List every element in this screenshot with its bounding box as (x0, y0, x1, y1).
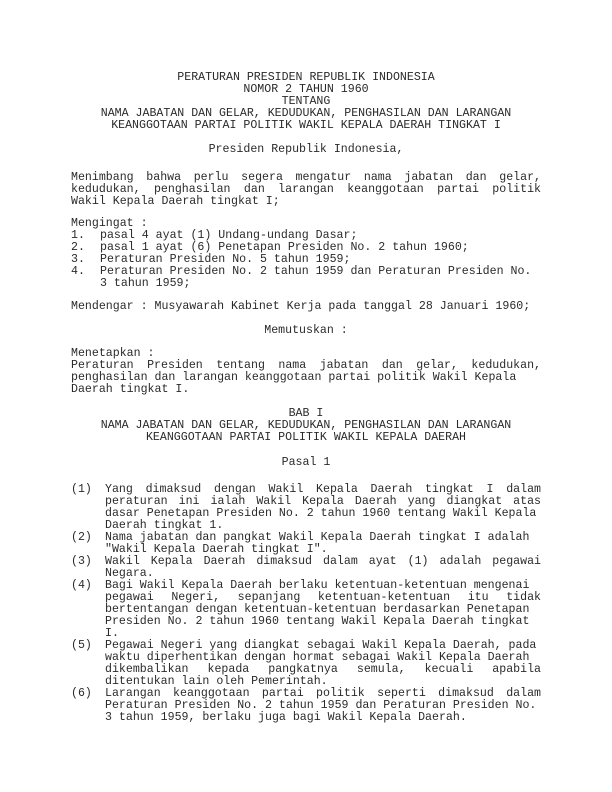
list-number: 4. (71, 266, 85, 278)
bab-heading: BAB I NAMA JABATAN DAN GELAR, KEDUDUKAN,… (71, 408, 541, 444)
mendengar-line: Mendengar : Musyawarah Kabinet Kerja pad… (71, 301, 541, 313)
menimbang-paragraph: Menimbang bahwa perlu segera mengatur na… (71, 172, 541, 208)
clause-number: (3) (71, 556, 92, 568)
clause-line: 3 tahun 1959, berlaku juga bagi Wakil Ke… (105, 712, 541, 724)
list-item-line: 3 tahun 1959; (100, 278, 541, 290)
menetapkan-section: Menetapkan : Peraturan Presiden tentang … (71, 348, 541, 396)
clause-line: Wakil Kepala Daerah dimaksud dalam ayat … (105, 556, 541, 568)
memutuskan-line: Memutuskan : (71, 325, 541, 337)
doc-subject-line-2: KEANGGOTAAN PARTAI POLITIK WAKIL KEPALA … (71, 120, 541, 132)
clause-item-4: (4) Bagi Wakil Kepala Daerah berlaku ket… (71, 580, 541, 640)
pasal-heading: Pasal 1 (71, 457, 541, 469)
clause-item-6: (6) Larangan keanggotaan partai politik … (71, 688, 541, 724)
mengingat-section: Mengingat : 1. pasal 4 ayat (1) Undang-u… (71, 218, 541, 290)
bab-title-line-2: KEANGGOTAAN PARTAI POLITIK WAKIL KEPALA … (71, 432, 541, 444)
mengingat-item: 4. Peraturan Presiden No. 2 tahun 1959 d… (71, 266, 541, 290)
pasal-clauses: (1) Yang dimaksud dengan Wakil Kepala Da… (71, 484, 541, 724)
menetapkan-line-3: Daerah tingkat I. (71, 384, 541, 396)
menimbang-line-3: Wakil Kepala Daerah tingkat I; (71, 196, 541, 208)
salutation-line: Presiden Republik Indonesia, (71, 144, 541, 156)
clause-item-1: (1) Yang dimaksud dengan Wakil Kepala Da… (71, 484, 541, 532)
clause-line: Presiden No. 2 tahun 1960 tentang Wakil … (105, 616, 541, 628)
clause-number: (4) (71, 580, 92, 592)
clause-item-3: (3) Wakil Kepala Daerah dimaksud dalam a… (71, 556, 541, 580)
document-page: PERATURAN PRESIDEN REPUBLIK INDONESIA NO… (0, 0, 612, 792)
clause-number: (2) (71, 532, 92, 544)
clause-number: (6) (71, 688, 92, 700)
clause-number: (5) (71, 640, 92, 652)
clause-item-2: (2) Nama jabatan dan pangkat Wakil Kepal… (71, 532, 541, 556)
doc-title-block: PERATURAN PRESIDEN REPUBLIK INDONESIA NO… (71, 72, 541, 132)
clause-number: (1) (71, 484, 92, 496)
clause-item-5: (5) Pegawai Negeri yang diangkat sebagai… (71, 640, 541, 688)
